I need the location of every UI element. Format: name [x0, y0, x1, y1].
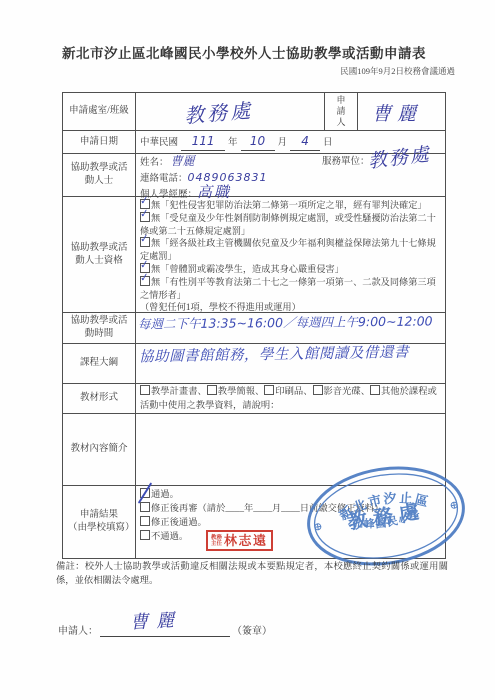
checkbox-resubmit [140, 502, 150, 512]
person-label: 協助教學或活動人士 [63, 154, 136, 196]
checkbox-pass-after-fix [140, 516, 150, 526]
table-row-material: 教材形式 教學計畫書、教學簡報、印刷品、影音光碟、其他於課程或活動中使用之教學資… [63, 384, 445, 414]
qualification-item: 無「曾體罰或霸凌學生，造成其身心嚴重侵害」 [140, 263, 441, 276]
material-intro-label: 教材內容簡介 [63, 414, 136, 485]
handwritten-month: 10 [250, 136, 265, 147]
applicant-label: 申請人 [325, 93, 358, 130]
table-row-person: 協助教學或活動人士 姓名：曹麗 服務單位： 教務處 連絡電話：048906383… [63, 154, 445, 197]
checkbox-unchecked [313, 385, 323, 395]
qualification-text: 無「犯性侵害犯罪防治法第二條第一項所定之罪，經有罪判決確定」 [151, 200, 427, 210]
checkbox-fail [140, 530, 150, 540]
result-text: 不通過。 [151, 532, 188, 542]
qualification-text: 無「經各級社政主管機關依兒童及少年福利與權益保障法第九十七條規定處罰」 [140, 238, 436, 261]
qualification-item: 無「受兒童及少年性剝削防制條例規定處罰，或受性騷擾防治法第二十條或第二十五條規定… [140, 212, 441, 238]
applicant-signature-label: 申請人： [58, 622, 98, 637]
checkbox-checked [140, 237, 150, 247]
result-label-line1: 申請結果 [80, 509, 118, 522]
applicant-value-cell: 曹麗 [358, 93, 445, 130]
qualifications-cell: 無「犯性侵害犯罪防治法第二條第一項所定之罪，經有罪判決確定」 無「受兒童及少年性… [136, 197, 445, 312]
stamp-right-rosette-icon [451, 502, 458, 509]
qualifications-label: 協助教學或活動人士資格 [63, 197, 136, 312]
material-option: 印刷品、 [275, 387, 312, 397]
seal-label: （簽章） [232, 622, 272, 637]
material-option: 教學簡報、 [218, 387, 265, 397]
phone-label: 連絡電話： [140, 174, 188, 184]
result-label-line2: （由學校填寫） [68, 522, 130, 535]
qualification-item: 無「有性別平等教育法第二十七之一條第一項第一、二款及同條第三項之情形者」 [140, 276, 441, 302]
table-row-dept: 申請處室/班級 教務處 申請人 曹麗 [63, 93, 445, 131]
result-text: 修正後通過。 [151, 518, 207, 528]
outline-cell: 協助圖書館館務，學生入館閱讀及借還書 [136, 344, 445, 383]
year-blank: 111 [181, 135, 225, 151]
unit-label: 服務單位： [322, 156, 370, 170]
handwritten-year: 111 [192, 136, 215, 147]
person-line-name: 姓名：曹麗 服務單位： 教務處 [140, 155, 441, 171]
remark-note: 備註：校外人士協助教學或活動違反相關法規或本要點規定者，本校應終止契約關係或運用… [56, 561, 448, 588]
checkbox-unchecked [207, 385, 217, 395]
dept-value-cell: 教務處 [136, 93, 325, 130]
checkbox-checked [140, 276, 150, 286]
person-line-phone: 連絡電話：0489063831 [140, 171, 441, 187]
result-label: 申請結果 （由學校填寫） [63, 486, 136, 558]
result-text: 通過。 [151, 490, 179, 500]
handwritten-unit: 教務處 [367, 148, 431, 169]
qualification-text: 無「受兒童及少年性剝削防制條例規定處罰，或受性騷擾防治法第二十條或第二十五條規定… [140, 213, 436, 236]
handwritten-time: 每週二下午13:35~16:00／每週四上午9:00~12:00 [138, 314, 433, 331]
scanned-application-form: 新北市汐止區北峰國民小學校外人士協助教學或活動申請表 民國109年9月2日校務會… [0, 0, 495, 700]
form-title: 新北市汐止區北峰國民小學校外人士協助教學或活動申請表 [62, 42, 426, 62]
director-name-stamp: 教務 主任 林志遠 [206, 530, 273, 551]
qualification-text: 無「有性別平等教育法第二十七之一條第一項第一、二款及同條第三項之情形者」 [140, 277, 436, 300]
checkbox-checked [140, 212, 150, 222]
dept-label: 申請處室/班級 [63, 93, 136, 130]
stamp-name: 林志遠 [224, 534, 268, 548]
qualification-item: 無「犯性侵害犯罪防治法第二條第一項所定之罪，經有罪判決確定」 [140, 199, 441, 212]
month-blank: 10 [241, 135, 275, 151]
material-option: 教學計畫書、 [151, 387, 207, 397]
date-era: 中華民國 [140, 137, 178, 151]
day-unit: 日 [323, 137, 333, 151]
stamp-left-rosette-icon [314, 523, 321, 530]
handwritten-phone: 0489063831 [188, 171, 268, 184]
handwritten-day: 4 [301, 136, 309, 147]
checkbox-unchecked [370, 385, 380, 395]
month-unit: 月 [278, 137, 288, 151]
checkbox-unchecked [140, 385, 150, 395]
time-label: 協助教學或活動時間 [63, 313, 136, 343]
material-cell: 教學計畫書、教學簡報、印刷品、影音光碟、其他於課程或活動中使用之教學資料，請說明… [136, 384, 445, 413]
table-row-qualifications: 協助教學或活動人士資格 無「犯性侵害犯罪防治法第二條第一項所定之罪，經有罪判決確… [63, 197, 445, 313]
qualification-text: 無「曾體罰或霸凌學生，造成其身心嚴重侵害」 [151, 264, 344, 274]
person-cell: 姓名：曹麗 服務單位： 教務處 連絡電話：0489063831 個人學經歷：高職 [136, 154, 445, 196]
signature-line: 曹麗 [100, 624, 230, 637]
stamp-title: 教務 主任 [211, 535, 222, 547]
table-row-time: 協助教學或活動時間 每週二下午13:35~16:00／每週四上午9:00~12:… [63, 313, 445, 344]
outline-label: 課程大綱 [63, 344, 136, 383]
name-label: 姓名： [140, 158, 169, 168]
approval-note: 民國109年9月2日校務會議通過 [250, 65, 455, 77]
date-label: 申請日期 [63, 131, 136, 153]
handwritten-signature: 曹麗 [129, 606, 182, 635]
day-blank: 4 [290, 135, 320, 151]
time-cell: 每週二下午13:35~16:00／每週四上午9:00~12:00 [136, 313, 445, 343]
handwritten-dept: 教務處 [183, 94, 254, 129]
checkbox-unchecked [264, 385, 274, 395]
handwritten-outline: 協助圖書館館務，學生入館閱讀及借還書 [139, 347, 409, 365]
applicant-signature-row: 申請人： 曹麗 （簽章） [58, 622, 272, 637]
material-option: 影音光碟、 [324, 387, 371, 397]
material-label: 教材形式 [63, 384, 136, 413]
handwritten-applicant-name: 曹麗 [372, 99, 422, 126]
table-row-outline: 課程大綱 協助圖書館館務，學生入館閱讀及借還書 [63, 344, 445, 384]
qualification-item: 無「經各級社政主管機關依兒童及少年福利與權益保障法第九十七條規定處罰」 [140, 237, 441, 263]
year-unit: 年 [228, 137, 238, 151]
stamp-title-line2: 主任 [211, 541, 222, 547]
handwritten-name: 曹麗 [171, 154, 195, 168]
